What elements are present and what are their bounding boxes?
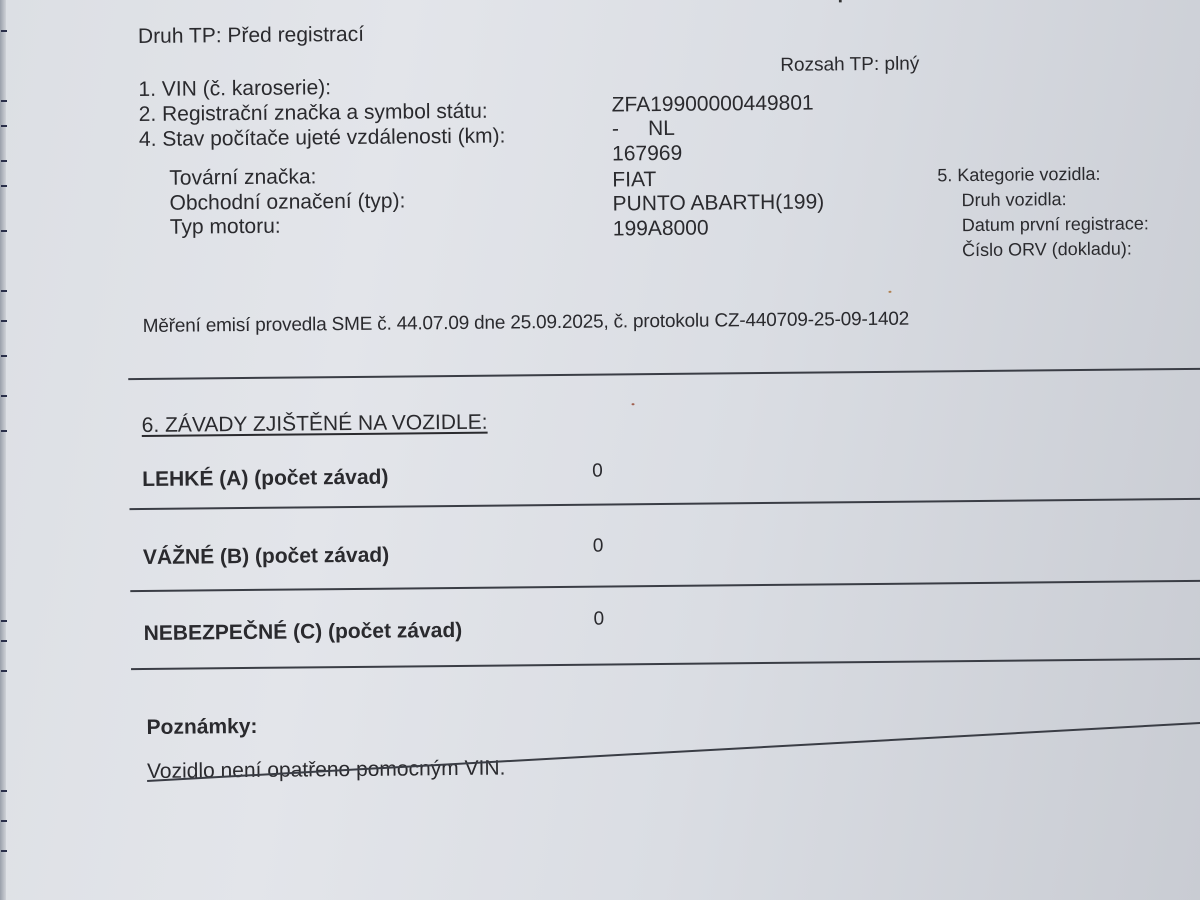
defects-section-title: 6. ZÁVADY ZJIŠTĚNÉ NA VOZIDLE:: [142, 411, 488, 438]
engine-type-label: Typ motoru:: [170, 215, 281, 240]
vin-value: ZFA19900000449801: [612, 92, 814, 118]
registration-certificate-number-label: Číslo ORV (dokladu):: [962, 237, 1132, 261]
defects-major-label: VÁŽNÉ (B) (počet závad): [143, 544, 389, 570]
registration-plate-value: - NL: [612, 117, 675, 142]
vehicle-category-label: 5. Kategorie vozidla:: [937, 163, 1100, 187]
defects-dangerous-count: 0: [593, 609, 604, 631]
defects-dangerous-label: NEBEZPEČNÉ (C) (počet závad): [144, 619, 463, 646]
first-registration-date-label: Datum první registrace:: [962, 212, 1149, 236]
paper-speck: [888, 291, 891, 293]
paper-speck: [632, 403, 635, 405]
engine-type-value: 199A8000: [613, 217, 709, 242]
trade-name-label: Obchodní označení (typ):: [169, 189, 405, 215]
divider-line: [129, 498, 1200, 510]
defects-minor-count: 0: [592, 461, 603, 483]
notes-title: Poznámky:: [146, 715, 257, 740]
trade-name-value: PUNTO ABARTH(199): [612, 190, 824, 216]
inspection-type: Druh TP: Před registrací: [138, 23, 364, 49]
odometer-label: 4. Stav počítače ujeté vzdálenosti (km):: [139, 124, 506, 152]
emissions-statement: Měření emisí provedla SME č. 44.07.09 dn…: [143, 309, 909, 338]
odometer-value: 167969: [612, 142, 682, 167]
divider-line: [131, 658, 1200, 670]
vin-label: 1. VIN (č. karoserie):: [138, 76, 331, 102]
make-label: Tovární značka:: [169, 165, 316, 190]
make-value: FIAT: [612, 168, 656, 192]
vehicle-kind-label: Druh vozidla:: [961, 188, 1066, 211]
divider-line: [147, 721, 1200, 782]
defects-minor-label: LEHKÉ (A) (počet závad): [142, 466, 388, 492]
divider-line: [130, 580, 1200, 592]
divider-line: [128, 368, 1200, 380]
defects-major-count: 0: [593, 536, 604, 558]
header-partial-title: technické prohlídce: [739, 0, 927, 5]
inspection-protocol-page: technické prohlídce Druh TP: Před regist…: [0, 0, 1200, 900]
inspection-scope: Rozsah TP: plný: [780, 54, 919, 77]
registration-plate-label: 2. Registrační značka a symbol státu:: [139, 100, 488, 127]
